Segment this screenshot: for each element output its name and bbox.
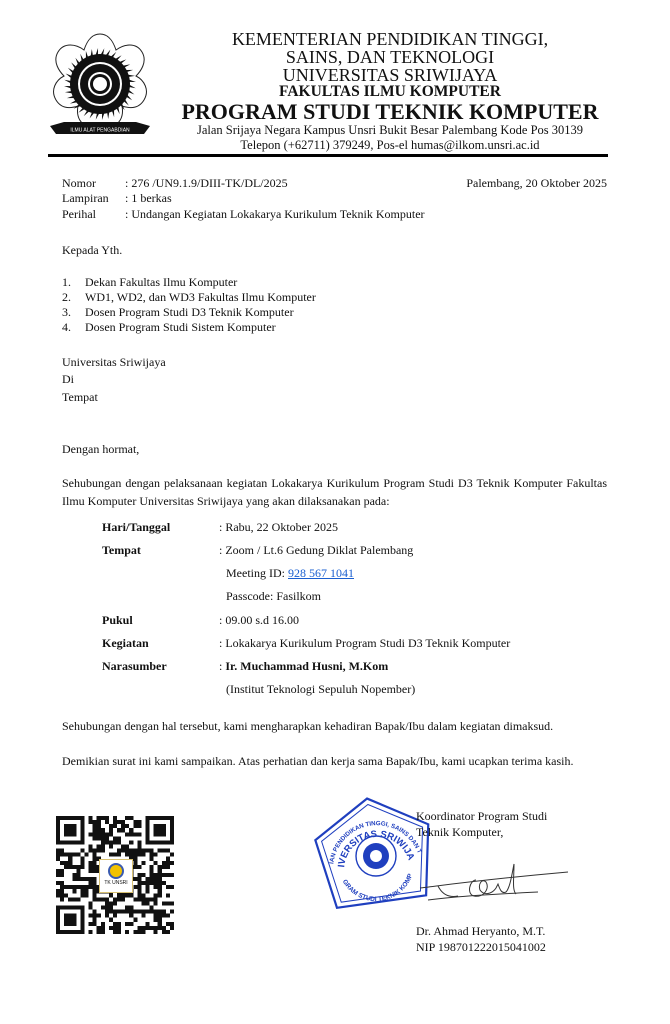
closing-paragraph-2: Demikian surat ini kami sampaikan. Atas …	[62, 752, 607, 770]
contact-line: Telepon (+62711) 379249, Pos-el humas@il…	[150, 139, 630, 152]
salutation: Dengan hormat,	[62, 442, 139, 457]
meta-nomor: Nomor: 276 /UN9.1.9/DIII-TK/DL/2025	[62, 176, 288, 191]
sriwijaya-logo-icon: ILMU ALAT PENGABDIAN	[44, 30, 156, 142]
recipient-address-2: Di	[62, 372, 74, 387]
nomor-value: : 276 /UN9.1.9/DIII-TK/DL/2025	[125, 176, 288, 190]
event-activity-value: : Lokakarya Kurikulum Program Studi D3 T…	[219, 636, 510, 651]
ministry-line-2: SAINS, DAN TEKNOLOGI	[150, 48, 630, 66]
list-item: 1.Dekan Fakultas Ilmu Komputer	[62, 275, 316, 290]
list-text: Dosen Program Studi D3 Teknik Komputer	[85, 305, 294, 319]
meeting-id: Meeting ID: 928 567 1041	[226, 566, 354, 581]
university-name: UNIVERSITAS SRIWIJAYA	[150, 66, 630, 84]
qr-code: TK UNSRI	[56, 816, 174, 934]
event-activity-label: Kegiatan	[102, 636, 149, 651]
handwritten-signature	[418, 858, 578, 908]
list-text: Dosen Program Studi Sistem Komputer	[85, 320, 276, 334]
list-number: 4.	[62, 320, 85, 335]
event-place-label: Tempat	[102, 543, 141, 558]
recipient-list: 1.Dekan Fakultas Ilmu Komputer 2.WD1, WD…	[62, 275, 316, 335]
list-number: 2.	[62, 290, 85, 305]
qr-center-label: TK UNSRI	[100, 880, 132, 886]
signatory-title-1: Koordinator Program Studi	[416, 808, 547, 824]
recipient-address-3: Tempat	[62, 390, 98, 405]
nomor-label: Nomor	[62, 176, 125, 191]
speaker-affiliation: (Institut Teknologi Sepuluh Nopember)	[226, 682, 415, 697]
closing-paragraph-1: Sehubungan dengan hal tersebut, kami men…	[62, 717, 607, 735]
list-number: 1.	[62, 275, 85, 290]
event-time-value: : 09.00 s.d 16.00	[219, 613, 299, 628]
university-logo: ILMU ALAT PENGABDIAN	[44, 30, 156, 142]
lampiran-value: : 1 berkas	[125, 191, 172, 205]
recipient-address-1: Universitas Sriwijaya	[62, 355, 166, 370]
event-date-label: Hari/Tanggal	[102, 520, 170, 535]
meta-perihal: Perihal: Undangan Kegiatan Lokakarya Kur…	[62, 207, 425, 222]
list-item: 4.Dosen Program Studi Sistem Komputer	[62, 320, 316, 335]
meeting-id-label: Meeting ID:	[226, 566, 288, 580]
address-line: Jalan Srijaya Negara Kampus Unsri Bukit …	[150, 124, 630, 137]
list-item: 2.WD1, WD2, dan WD3 Fakultas Ilmu Komput…	[62, 290, 316, 305]
qr-center-logo: TK UNSRI	[99, 859, 133, 893]
event-speaker-label: Narasumber	[102, 659, 167, 674]
faculty-name: FAKULTAS ILMU KOMPUTER	[150, 84, 630, 100]
svg-text:ILMU ALAT PENGABDIAN: ILMU ALAT PENGABDIAN	[70, 128, 130, 134]
event-time-label: Pukul	[102, 613, 133, 628]
perihal-value: : Undangan Kegiatan Lokakarya Kurikulum …	[125, 207, 425, 221]
signature-scribble-icon	[418, 858, 578, 908]
speaker-name: Ir. Muchammad Husni, M.Kom	[225, 659, 388, 673]
greeting: Kepada Yth.	[62, 243, 122, 258]
list-item: 3.Dosen Program Studi D3 Teknik Komputer	[62, 305, 316, 320]
meeting-id-link[interactable]: 928 567 1041	[288, 566, 354, 580]
letterhead-divider	[48, 154, 608, 157]
tk-unsri-logo-icon	[108, 863, 124, 879]
event-speaker-value: : Ir. Muchammad Husni, M.Kom	[219, 659, 388, 674]
perihal-label: Perihal	[62, 207, 125, 222]
intro-paragraph: Sehubungan dengan pelaksanaan kegiatan L…	[62, 474, 607, 510]
signatory-nip: NIP 198701222015041002	[416, 939, 546, 955]
meta-lampiran: Lampiran: 1 berkas	[62, 191, 172, 206]
signatory-name: Dr. Ahmad Heryanto, M.T.	[416, 923, 545, 939]
signatory-title-2: Teknik Komputer,	[416, 824, 503, 840]
lampiran-label: Lampiran	[62, 191, 125, 206]
event-date-value: : Rabu, 22 Oktober 2025	[219, 520, 338, 535]
place-date: Palembang, 20 Oktober 2025	[466, 176, 607, 191]
program-name: PROGRAM STUDI TEKNIK KOMPUTER	[150, 101, 630, 123]
event-place-value: : Zoom / Lt.6 Gedung Diklat Palembang	[219, 543, 413, 558]
list-text: Dekan Fakultas Ilmu Komputer	[85, 275, 237, 289]
list-text: WD1, WD2, dan WD3 Fakultas Ilmu Komputer	[85, 290, 316, 304]
ministry-line-1: KEMENTERIAN PENDIDIKAN TINGGI,	[150, 30, 630, 48]
list-number: 3.	[62, 305, 85, 320]
passcode: Passcode: Fasilkom	[226, 589, 321, 604]
